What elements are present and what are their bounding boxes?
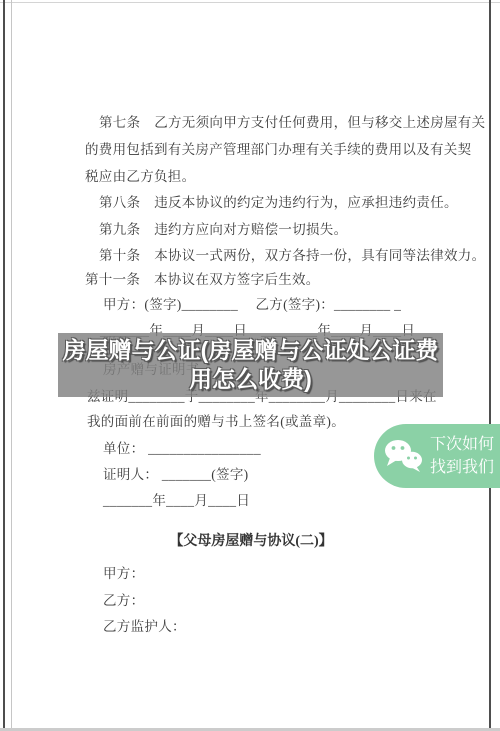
wechat-badge-text: 下次如何 找到我们: [430, 433, 494, 479]
wechat-badge-line1: 下次如何: [430, 433, 494, 456]
document-scan-page: 第七条 乙方无须向甲方支付任何费用，但与移交上述房屋有关 的费用包括到有关房产管…: [0, 0, 500, 731]
party-b-guardian-line: 乙方监护人：: [103, 615, 186, 635]
wechat-badge-line2: 找到我们: [430, 456, 494, 479]
date-line: _______年____月____日: [103, 489, 250, 509]
section2-heading: 【父母房屋赠与协议(二)】: [13, 530, 489, 550]
doc-line: 税应由乙方负担。: [85, 165, 195, 185]
doc-line: 第七条 乙方无须向甲方支付任何费用，但与移交上述房屋有关: [99, 111, 485, 131]
title-overlay-band: 房屋赠与公证(房屋赠与公证处公证费 用怎么收费): [58, 333, 443, 397]
party-b-line: 乙方：: [103, 589, 144, 609]
doc-line: 的费用包括到有关房产管理部门办理有关手续的费用以及有关契: [85, 138, 471, 158]
doc-line: 我的面前在前面的赠与书上签名(或盖章)。: [87, 410, 345, 430]
doc-line: 第八条 违反本协议的约定为违约行为，应承担违约责任。: [99, 191, 458, 211]
frame-right-dark-line: [489, 0, 491, 731]
witness-line: 证明人： _______(签字): [103, 463, 248, 483]
signature-line: 甲方：(签字)________ 乙方(签字)：________ _: [103, 293, 401, 313]
frame-left-dark-line: [3, 0, 5, 731]
doc-line: 第九条 违约方应向对方赔偿一切损失。: [99, 218, 347, 238]
party-a-line: 甲方：: [103, 562, 144, 582]
overlay-title-line2: 用怎么收费): [189, 365, 312, 394]
doc-line: 第十一条 本协议在双方签字后生效。: [85, 268, 320, 288]
doc-line: 第十条 本协议一式两份，双方各持一份，具有同等法律效力。: [99, 244, 485, 264]
frame-left-light-line: [11, 0, 12, 731]
wechat-icon: [383, 438, 423, 474]
frame-top-line: [0, 2, 500, 3]
unit-line: 单位： ________________: [103, 437, 261, 457]
overlay-title-line1: 房屋赠与公证(房屋赠与公证处公证费: [63, 336, 439, 365]
wechat-badge: 下次如何 找到我们: [374, 424, 500, 488]
